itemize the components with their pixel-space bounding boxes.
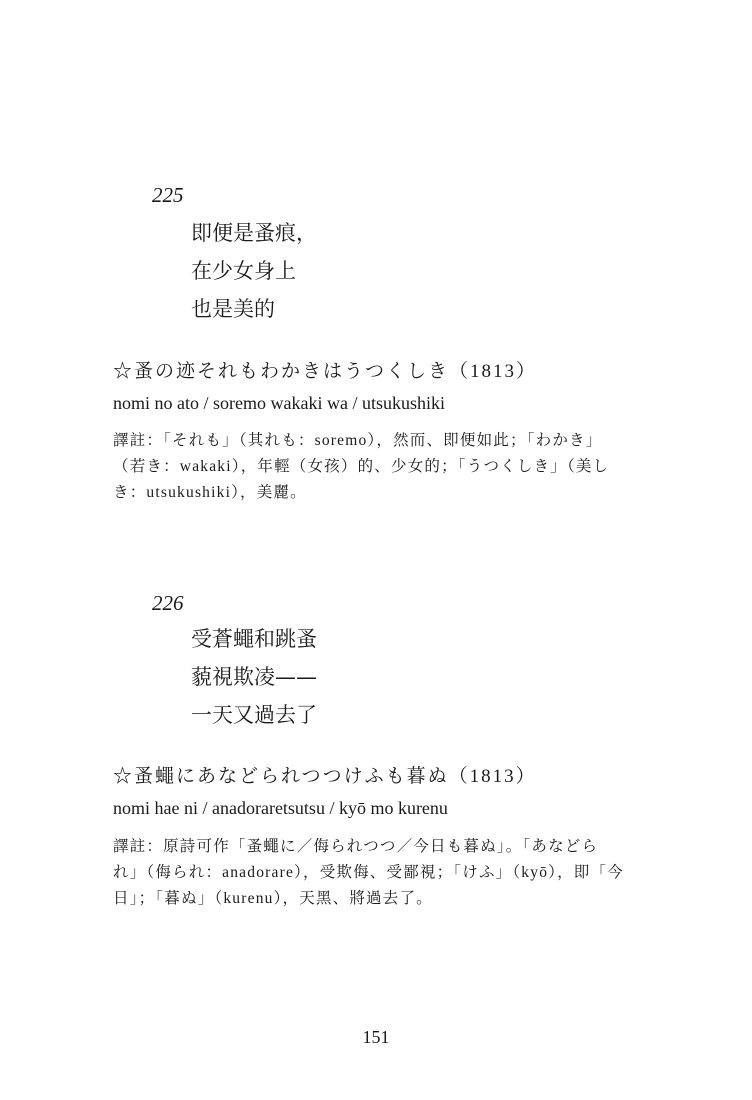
- entry-number: 225: [152, 183, 184, 207]
- poem-line: 一天又過去了: [191, 696, 317, 734]
- page-number: 151: [0, 1026, 752, 1048]
- poem-line: 受蒼蠅和跳蚤: [191, 620, 317, 658]
- poem-line: 藐視欺凌——: [191, 658, 317, 696]
- haiku-romaji: nomi hae ni / anadoraretsutsu / kyō mo k…: [113, 797, 448, 819]
- translator-note: 譯註：原詩可作「蚤蠅に／侮られつつ／今日も暮ぬ」。「あなどら れ」（侮られ：an…: [113, 834, 643, 912]
- note-line: （若き：wakaki），年輕（女孩）的、少女的；「うつくしき」（美し: [113, 454, 643, 480]
- haiku-original: ☆蚤の迹それもわかきはうつくしき（1813）: [113, 360, 537, 384]
- poem-line: 即便是蚤痕，: [191, 214, 317, 252]
- poem-line: 也是美的: [191, 290, 317, 328]
- entry-number: 226: [152, 591, 184, 615]
- poem-line: 在少女身上: [191, 252, 317, 290]
- translator-note: 譯註：「それも」（其れも：soremo），然而、即便如此；「わかき」 （若き：w…: [113, 428, 643, 506]
- note-line: 日」；「暮ぬ」（kurenu），天黑、將過去了。: [113, 886, 643, 912]
- note-line: き：utsukushiki），美麗。: [113, 480, 643, 506]
- note-line: 譯註：原詩可作「蚤蠅に／侮られつつ／今日も暮ぬ」。「あなどら: [113, 834, 643, 860]
- haiku-romaji: nomi no ato / soremo wakaki wa / utsukus…: [113, 392, 445, 414]
- haiku-original: ☆蚤蠅にあなどられつつけふも暮ぬ（1813）: [113, 765, 537, 789]
- note-line: 譯註：「それも」（其れも：soremo），然而、即便如此；「わかき」: [113, 428, 643, 454]
- poem-translation: 受蒼蠅和跳蚤 藐視欺凌—— 一天又過去了: [191, 620, 317, 734]
- note-line: れ」（侮られ：anadorare），受欺侮、受鄙視；「けふ」（kyō），即「今: [113, 860, 643, 886]
- poem-translation: 即便是蚤痕， 在少女身上 也是美的: [191, 214, 317, 328]
